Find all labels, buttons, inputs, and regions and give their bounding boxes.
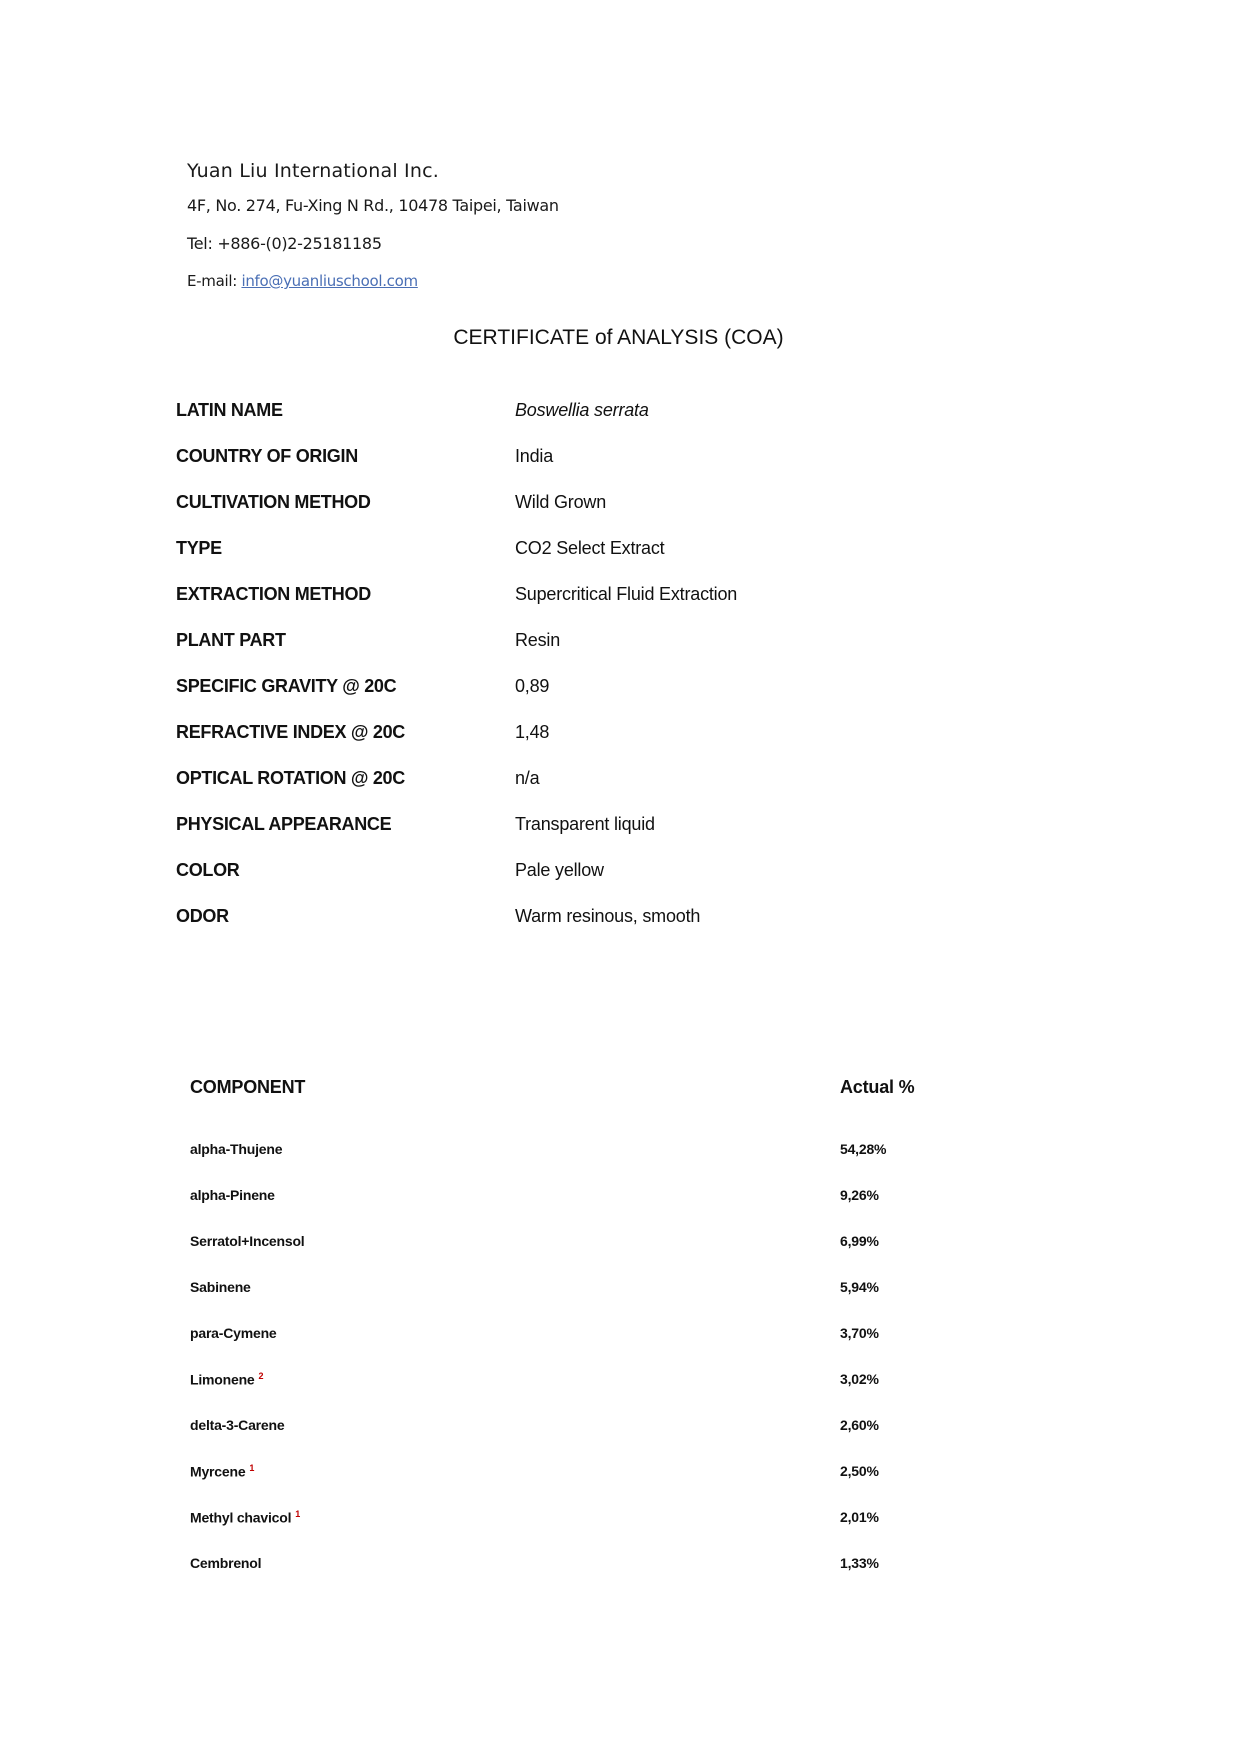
component-name: Limonene2 <box>190 1371 263 1388</box>
spec-value: Wild Grown <box>515 492 606 513</box>
component-name: Sabinene <box>190 1279 251 1295</box>
spec-label: REFRACTIVE INDEX @ 20C <box>176 722 405 743</box>
spec-value: 0,89 <box>515 676 549 697</box>
component-name-text: Serratol+Incensol <box>190 1233 304 1249</box>
spec-value: Warm resinous, smooth <box>515 906 700 927</box>
email-link[interactable]: info@yuanliuschool.com <box>241 272 417 290</box>
component-percent: 2,50% <box>840 1463 879 1479</box>
component-percent: 2,60% <box>840 1417 879 1433</box>
component-name-text: Cembrenol <box>190 1555 261 1571</box>
spec-label: LATIN NAME <box>176 400 283 421</box>
component-name: alpha-Thujene <box>190 1141 282 1157</box>
component-name-text: alpha-Pinene <box>190 1187 275 1203</box>
component-name: para-Cymene <box>190 1325 277 1341</box>
spec-label: EXTRACTION METHOD <box>176 584 371 605</box>
component-name: Cembrenol <box>190 1555 261 1571</box>
spec-label: PLANT PART <box>176 630 286 651</box>
component-name: Serratol+Incensol <box>190 1233 304 1249</box>
component-name-text: Methyl chavicol <box>190 1510 291 1526</box>
component-name-text: alpha-Thujene <box>190 1141 282 1157</box>
spec-value: Transparent liquid <box>515 814 655 835</box>
component-percent: 1,33% <box>840 1555 879 1571</box>
spec-label: PHYSICAL APPEARANCE <box>176 814 391 835</box>
spec-label: OPTICAL ROTATION @ 20C <box>176 768 405 789</box>
spec-label: TYPE <box>176 538 222 559</box>
spec-value: Boswellia serrata <box>515 400 649 421</box>
document-title: CERTIFICATE of ANALYSIS (COA) <box>0 326 1239 350</box>
company-phone: Tel: +886-(0)2-25181185 <box>187 234 382 253</box>
component-percent: 3,02% <box>840 1371 879 1387</box>
spec-value: n/a <box>515 768 539 789</box>
footnote-marker: 1 <box>295 1509 300 1519</box>
footnote-marker: 2 <box>259 1371 264 1381</box>
component-name-text: Sabinene <box>190 1279 251 1295</box>
component-name: alpha-Pinene <box>190 1187 275 1203</box>
spec-value: Supercritical Fluid Extraction <box>515 584 737 605</box>
component-percent: 5,94% <box>840 1279 879 1295</box>
component-name-text: Myrcene <box>190 1464 245 1480</box>
component-percent: 2,01% <box>840 1509 879 1525</box>
spec-value: 1,48 <box>515 722 549 743</box>
document-title-text: CERTIFICATE of ANALYSIS (COA) <box>453 326 783 350</box>
company-address: 4F, No. 274, Fu-Xing N Rd., 10478 Taipei… <box>187 196 559 215</box>
component-name: delta-3-Carene <box>190 1417 284 1433</box>
component-name: Myrcene1 <box>190 1463 254 1480</box>
spec-value: India <box>515 446 553 467</box>
component-name: Methyl chavicol1 <box>190 1509 300 1526</box>
spec-label: COUNTRY OF ORIGIN <box>176 446 358 467</box>
actual-percent-column-header: Actual % <box>840 1077 914 1098</box>
spec-value: Pale yellow <box>515 860 604 881</box>
component-percent: 6,99% <box>840 1233 879 1249</box>
spec-label: ODOR <box>176 906 229 927</box>
footnote-marker: 1 <box>249 1463 254 1473</box>
component-percent: 9,26% <box>840 1187 879 1203</box>
company-name: Yuan Liu International Inc. <box>187 160 439 182</box>
component-percent: 3,70% <box>840 1325 879 1341</box>
component-column-header: COMPONENT <box>190 1077 305 1098</box>
spec-label: SPECIFIC GRAVITY @ 20C <box>176 676 396 697</box>
component-percent: 54,28% <box>840 1141 886 1157</box>
company-email: E-mail: info@yuanliuschool.com <box>187 272 418 290</box>
component-name-text: Limonene <box>190 1372 255 1388</box>
email-label: E-mail: <box>187 272 241 290</box>
component-name-text: para-Cymene <box>190 1325 277 1341</box>
spec-value: Resin <box>515 630 560 651</box>
spec-label: CULTIVATION METHOD <box>176 492 371 513</box>
spec-value: CO2 Select Extract <box>515 538 664 559</box>
spec-label: COLOR <box>176 860 240 881</box>
component-name-text: delta-3-Carene <box>190 1417 284 1433</box>
